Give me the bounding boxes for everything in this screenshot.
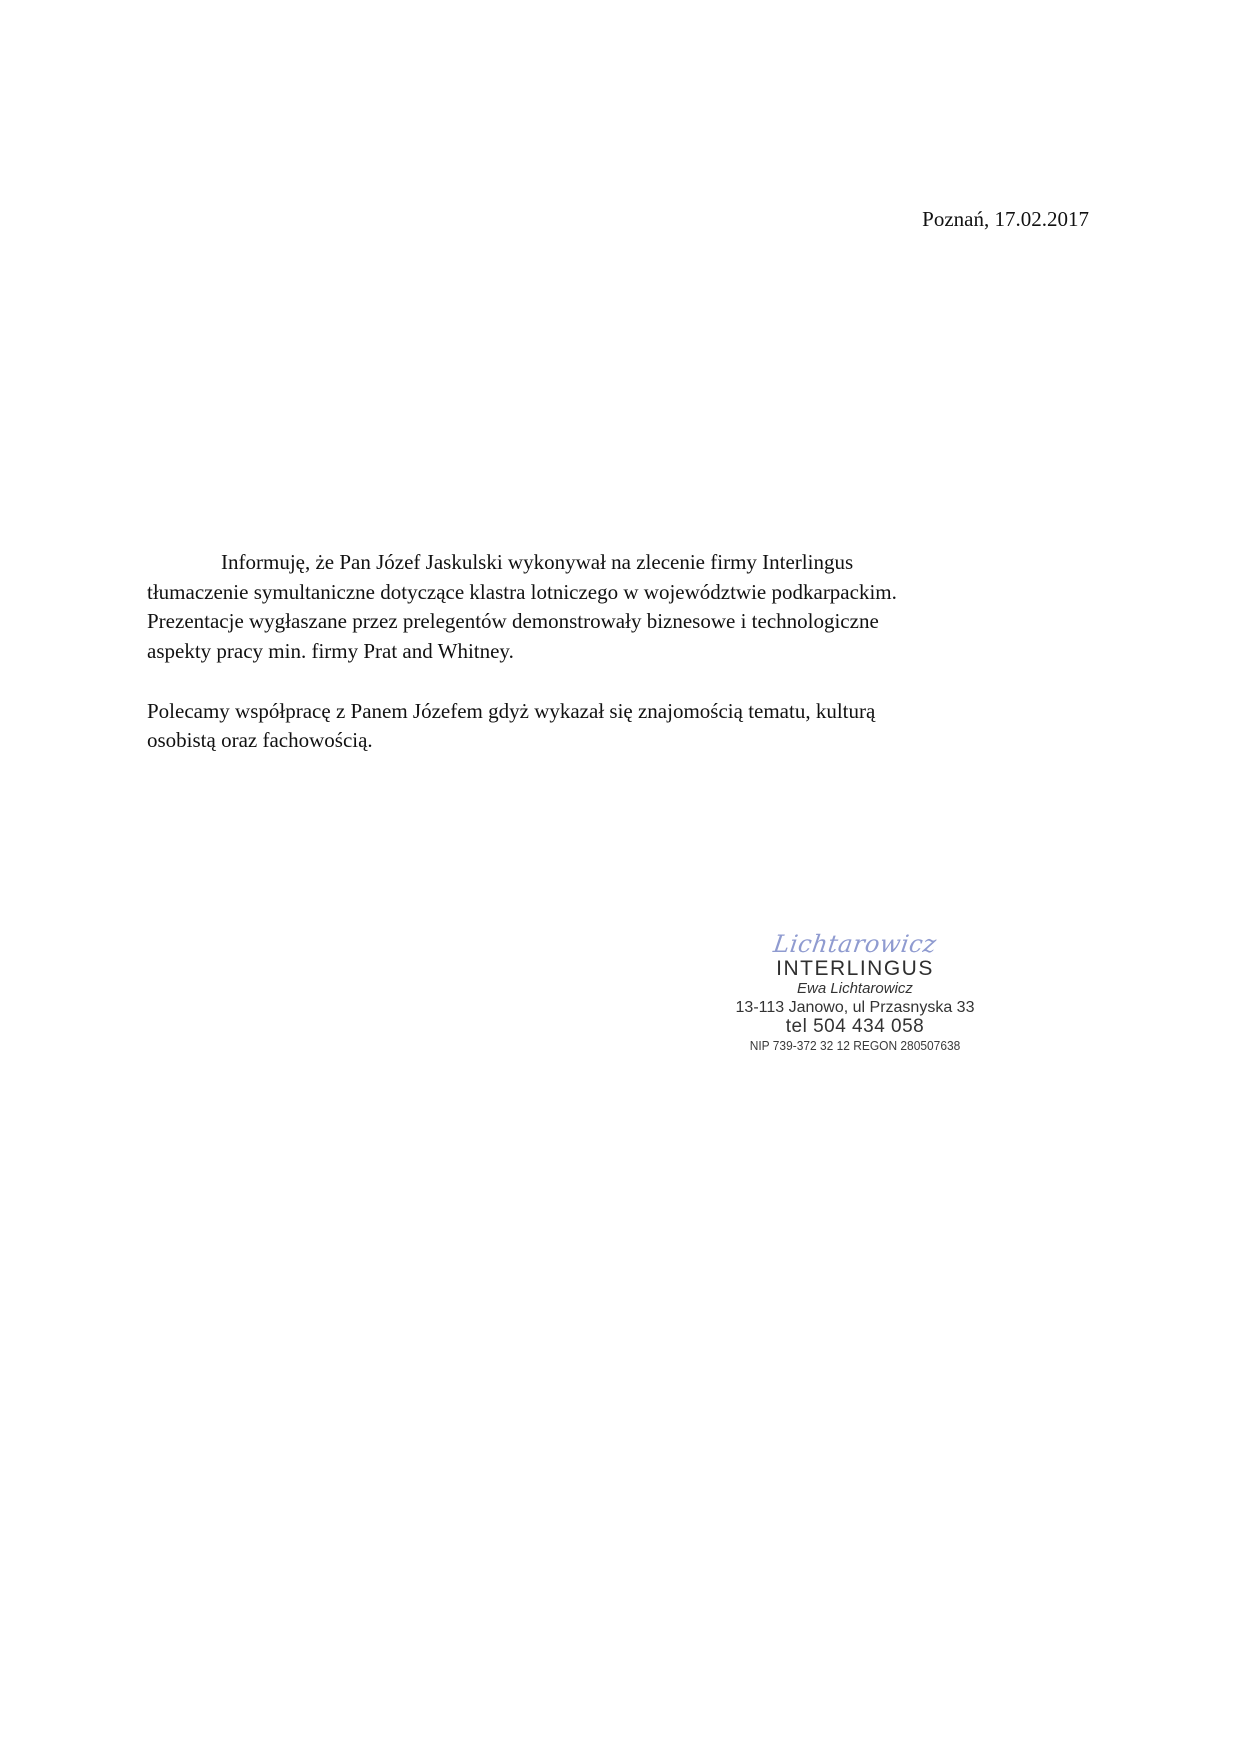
stamp-owner-name: Ewa Lichtarowicz — [715, 980, 995, 998]
text-line: osobistą oraz fachowością. — [147, 726, 1077, 756]
text-line: Prezentacje wygłaszane przez prelegentów… — [147, 607, 1077, 637]
stamp-tax-ids: NIP 739-372 32 12 REGON 280507638 — [726, 1037, 984, 1055]
company-stamp: Lichtarowicz INTERLINGUS Ewa Lichtarowic… — [715, 930, 995, 1055]
handwritten-signature: Lichtarowicz — [713, 930, 997, 958]
text-line: tłumaczenie symultaniczne dotyczące klas… — [147, 578, 1077, 608]
stamp-address: 13-113 Janowo, ul Przasnyska 33 — [715, 998, 995, 1017]
text-line: aspekty pracy min. firmy Prat and Whitne… — [147, 637, 1077, 667]
letter-body: Informuję, że Pan Józef Jaskulski wykony… — [147, 548, 1077, 756]
stamp-company-name: INTERLINGUS — [715, 958, 995, 980]
paragraph-2: Polecamy współpracę z Panem Józefem gdyż… — [147, 697, 1077, 756]
place-and-date: Poznań, 17.02.2017 — [922, 205, 1089, 233]
text-line: Polecamy współpracę z Panem Józefem gdyż… — [147, 697, 1077, 727]
paragraph-1: Informuję, że Pan Józef Jaskulski wykony… — [147, 548, 1077, 667]
text-line: Informuję, że Pan Józef Jaskulski wykony… — [147, 548, 1077, 578]
stamp-phone: tel 504 434 058 — [715, 1017, 995, 1037]
